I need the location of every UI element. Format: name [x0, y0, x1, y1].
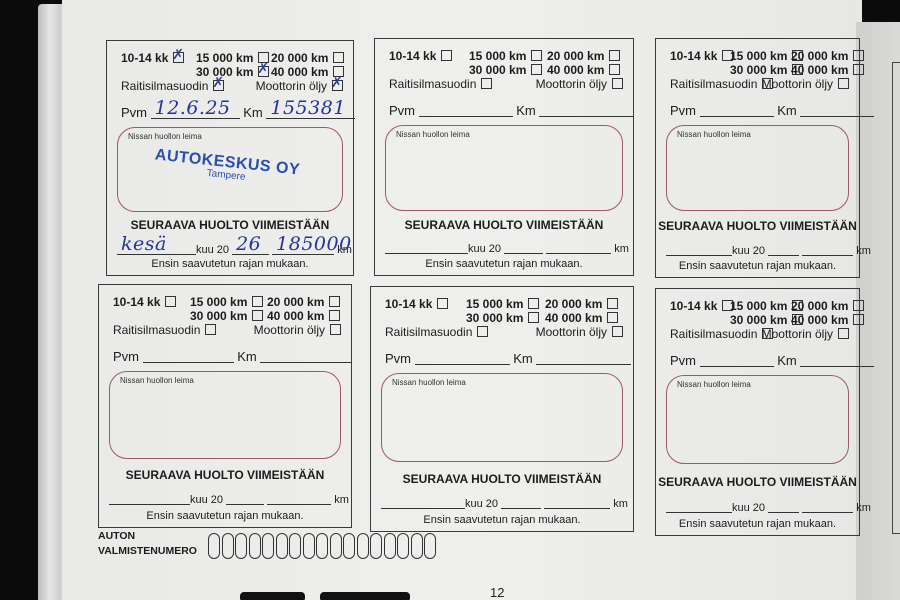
- km-15000-option: 15 000 km: [469, 49, 542, 63]
- engine-oil-option: Moottorin öljy: [536, 77, 623, 91]
- next-year-input[interactable]: [768, 243, 799, 256]
- km-input[interactable]: 155381: [266, 106, 355, 119]
- checkbox-km_15000[interactable]: [531, 50, 542, 61]
- km-input[interactable]: [800, 354, 874, 367]
- next-service-title: SEURAAVA HUOLTO VIIMEISTÄÄN: [375, 218, 633, 232]
- interval-option: 10-14 kk: [670, 299, 733, 313]
- vin-digit-box[interactable]: [384, 533, 396, 559]
- km-40000-option: 40 000 km: [267, 309, 340, 323]
- checkbox-filter[interactable]: [213, 80, 224, 91]
- km-20000-option: 20 000 km: [271, 51, 344, 65]
- km-20000-option: 20 000 km: [791, 299, 864, 313]
- date-field: Pvm Km: [670, 353, 874, 368]
- next-service-fields: kuu 20 km: [385, 241, 629, 255]
- vin-digit-box[interactable]: [289, 533, 301, 559]
- dealer-stamp-area: Nissan huollon leima: [109, 371, 341, 459]
- checkbox-oil[interactable]: [330, 324, 341, 335]
- vin-digit-box[interactable]: [262, 533, 274, 559]
- next-month-input[interactable]: [666, 500, 732, 513]
- km-40000-option: 40 000 km: [791, 63, 864, 77]
- checkbox-filter[interactable]: [477, 326, 488, 337]
- air-filter-option: Raitisilmasuodin: [385, 325, 488, 339]
- date-field: Pvm Km: [385, 351, 631, 366]
- footer-note: Ensin saavutetun rajan mukaan.: [107, 258, 353, 270]
- date-field: Pvm Km: [389, 103, 633, 118]
- dealer-stamp: AUTOKESKUS OYTampere: [153, 146, 301, 188]
- vin-digit-box[interactable]: [357, 533, 369, 559]
- vin-input-boxes[interactable]: [208, 533, 438, 559]
- km-40000-option: 40 000 km: [545, 311, 618, 325]
- km-20000-option: 20 000 km: [547, 49, 620, 63]
- next-service-title: SEURAAVA HUOLTO VIIMEISTÄÄN: [656, 219, 859, 233]
- engine-oil-option: Moottorin öljy: [254, 323, 341, 337]
- service-record-card: 10-14 kk 15 000 km 20 000 km 30 000 km 4…: [370, 286, 634, 532]
- page-number: 12: [490, 585, 504, 600]
- checkbox-interval[interactable]: [437, 298, 448, 309]
- footer-note: Ensin saavutetun rajan mukaan.: [99, 510, 351, 522]
- service-record-card: 10-14 kk 15 000 km 20 000 km 30 000 km 4…: [98, 284, 352, 528]
- vin-digit-box[interactable]: [249, 533, 261, 559]
- next-km-input[interactable]: [546, 241, 611, 254]
- vin-digit-box[interactable]: [370, 533, 382, 559]
- checkbox-km_20000[interactable]: [329, 296, 340, 307]
- next-year-input[interactable]: 26: [232, 242, 269, 255]
- service-record-card: 10-14 kk 15 000 km 20 000 km 30 000 km 4…: [374, 38, 634, 276]
- dealer-stamp-area: Nissan huollon leima: [385, 125, 623, 211]
- next-service-title: SEURAAVA HUOLTO VIIMEISTÄÄN: [371, 472, 633, 486]
- km-40000-option: 40 000 km: [547, 63, 620, 77]
- date-field: Pvm 12.6.25 Km 155381: [121, 105, 355, 120]
- dealer-stamp-area: Nissan huollon leima: [666, 125, 849, 211]
- air-filter-option: Raitisilmasuodin: [113, 323, 216, 337]
- checkbox-km_40000[interactable]: [607, 312, 618, 323]
- service-record-card: 10-14 kk 15 000 km 20 000 km 30 000 km 4…: [655, 38, 860, 278]
- footer-note: Ensin saavutetun rajan mukaan.: [656, 260, 859, 272]
- checkbox-km_30000[interactable]: [528, 312, 539, 323]
- next-km-input[interactable]: 185000: [272, 242, 334, 255]
- checkbox-km_40000[interactable]: [853, 314, 864, 325]
- date-input[interactable]: [419, 104, 513, 117]
- km-30000-option: 30 000 km: [466, 311, 539, 325]
- km-15000-option: 15 000 km: [190, 295, 263, 309]
- interval-option: 10-14 kk: [385, 297, 448, 311]
- vin-digit-box[interactable]: [235, 533, 247, 559]
- footer-note: Ensin saavutetun rajan mukaan.: [656, 518, 859, 530]
- engine-oil-option: Moottorin öljy: [256, 79, 343, 93]
- next-month-input[interactable]: [109, 492, 190, 505]
- engine-oil-option: Moottorin öljy: [762, 77, 849, 91]
- footer-note: Ensin saavutetun rajan mukaan.: [371, 514, 633, 526]
- next-year-input[interactable]: [504, 241, 543, 254]
- next-month-input[interactable]: [381, 496, 465, 509]
- checkbox-km_30000[interactable]: [531, 64, 542, 75]
- checkbox-km_20000[interactable]: [609, 50, 620, 61]
- vin-digit-box[interactable]: [303, 533, 315, 559]
- date-input[interactable]: [143, 350, 234, 363]
- next-year-input[interactable]: [226, 492, 264, 505]
- km-30000-option: 30 000 km: [469, 63, 542, 77]
- next-year-input[interactable]: [501, 496, 541, 509]
- checkbox-km_30000[interactable]: [258, 66, 269, 77]
- checkbox-oil[interactable]: [838, 328, 849, 339]
- service-record-card: 10-14 kk 15 000 km 20 000 km 30 000 km 4…: [106, 40, 354, 276]
- date-input[interactable]: [415, 352, 510, 365]
- checkbox-interval[interactable]: [441, 50, 452, 61]
- footer-note: Ensin saavutetun rajan mukaan.: [375, 258, 633, 270]
- vin-digit-box[interactable]: [424, 533, 436, 559]
- date-field: Pvm Km: [113, 349, 351, 364]
- checkbox-km_15000[interactable]: [528, 298, 539, 309]
- km-30000-option: 30 000 km: [196, 65, 269, 79]
- vin-digit-box[interactable]: [343, 533, 355, 559]
- vin-digit-box[interactable]: [208, 533, 220, 559]
- checkbox-km_20000[interactable]: [853, 300, 864, 311]
- air-filter-option: Raitisilmasuodin: [670, 327, 773, 341]
- next-km-input[interactable]: [802, 243, 853, 256]
- next-month-input[interactable]: [666, 243, 732, 256]
- checkbox-km_20000[interactable]: [853, 50, 864, 61]
- dealer-stamp-area: Nissan huollon leima: [381, 373, 623, 462]
- next-service-fields: kuu 20 km: [666, 500, 871, 514]
- interval-option: 10-14 kk: [670, 49, 733, 63]
- shadow: [320, 592, 410, 600]
- next-service-title: SEURAAVA HUOLTO VIIMEISTÄÄN: [99, 468, 351, 482]
- next-month-input[interactable]: kesä: [117, 242, 196, 255]
- checkbox-km_40000[interactable]: [609, 64, 620, 75]
- next-service-fields: kesäkuu 20 26 185000 km: [117, 242, 352, 256]
- dealer-stamp-area: Nissan huollon leima: [666, 375, 849, 464]
- checkbox-oil[interactable]: [332, 80, 343, 91]
- checkbox-km_30000[interactable]: [252, 310, 263, 321]
- checkbox-oil[interactable]: [838, 78, 849, 89]
- checkbox-km_20000[interactable]: [333, 52, 344, 63]
- date-input[interactable]: [700, 104, 774, 117]
- next-year-input[interactable]: [768, 500, 799, 513]
- next-month-input[interactable]: [385, 241, 468, 254]
- date-field: Pvm Km: [670, 103, 874, 118]
- checkbox-km_15000[interactable]: [252, 296, 263, 307]
- vin-digit-box[interactable]: [397, 533, 409, 559]
- vin-label: AUTON VALMISTENUMERO: [98, 529, 197, 559]
- air-filter-option: Raitisilmasuodin: [121, 79, 224, 93]
- checkbox-filter[interactable]: [481, 78, 492, 89]
- km-input[interactable]: [536, 352, 631, 365]
- interval-option: 10-14 kk: [113, 295, 176, 309]
- km-30000-option: 30 000 km: [190, 309, 263, 323]
- checkbox-km_40000[interactable]: [329, 310, 340, 321]
- km-input[interactable]: [800, 104, 874, 117]
- service-record-card: 10-14 kk 15 000 km 20 000 km 30 000 km 4…: [655, 288, 860, 536]
- km-20000-option: 20 000 km: [267, 295, 340, 309]
- next-service-title: SEURAAVA HUOLTO VIIMEISTÄÄN: [107, 218, 353, 232]
- checkbox-oil[interactable]: [612, 78, 623, 89]
- vin-digit-box[interactable]: [316, 533, 328, 559]
- engine-oil-option: Moottorin öljy: [762, 327, 849, 341]
- next-km-input[interactable]: [267, 492, 331, 505]
- next-km-input[interactable]: [802, 500, 853, 513]
- km-input[interactable]: [260, 350, 351, 363]
- next-service-fields: kuu 20 km: [666, 243, 871, 257]
- km-20000-option: 20 000 km: [545, 297, 618, 311]
- air-filter-option: Raitisilmasuodin: [389, 77, 492, 91]
- checkbox-interval[interactable]: [173, 52, 184, 63]
- vin-digit-box[interactable]: [411, 533, 423, 559]
- dealer-stamp-area: Nissan huollon leima AUTOKESKUS OYTamper…: [117, 127, 343, 212]
- vin-digit-box[interactable]: [330, 533, 342, 559]
- next-service-title: SEURAAVA HUOLTO VIIMEISTÄÄN: [656, 475, 859, 489]
- checkbox-interval[interactable]: [165, 296, 176, 307]
- km-20000-option: 20 000 km: [791, 49, 864, 63]
- next-service-fields: kuu 20 km: [381, 496, 628, 510]
- vin-digit-box[interactable]: [276, 533, 288, 559]
- km-input[interactable]: [539, 104, 633, 117]
- shadow: [240, 592, 305, 600]
- interval-option: 10-14 kk: [121, 51, 184, 65]
- vin-digit-box[interactable]: [222, 533, 234, 559]
- checkbox-km_20000[interactable]: [607, 298, 618, 309]
- km-15000-option: 15 000 km: [466, 297, 539, 311]
- date-input[interactable]: 12.6.25: [151, 106, 240, 119]
- km-40000-option: 40 000 km: [791, 313, 864, 327]
- engine-oil-option: Moottorin öljy: [536, 325, 623, 339]
- next-km-input[interactable]: [544, 496, 610, 509]
- interval-option: 10-14 kk: [389, 49, 452, 63]
- checkbox-filter[interactable]: [205, 324, 216, 335]
- air-filter-option: Raitisilmasuodin: [670, 77, 773, 91]
- next-service-fields: kuu 20 km: [109, 492, 349, 506]
- checkbox-km_40000[interactable]: [853, 64, 864, 75]
- date-input[interactable]: [700, 354, 774, 367]
- checkbox-oil[interactable]: [612, 326, 623, 337]
